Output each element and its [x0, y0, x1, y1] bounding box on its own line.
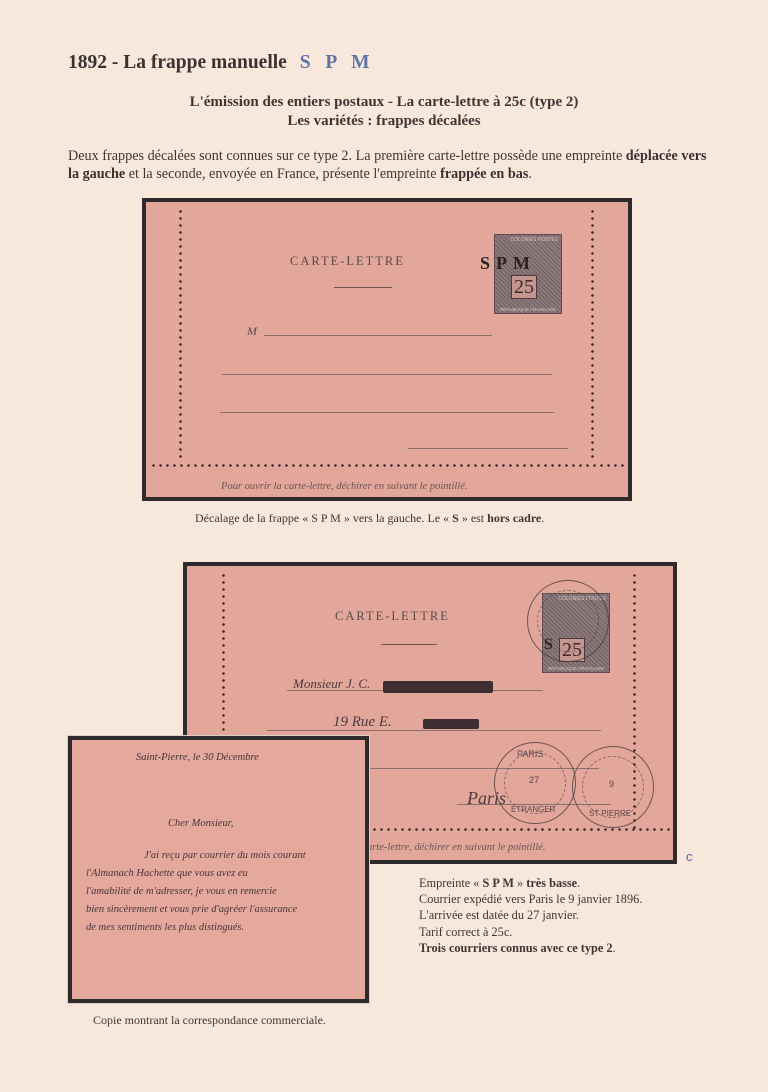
intro-bold-bottom: frappée en bas — [440, 166, 528, 182]
address-line — [408, 448, 568, 449]
st-pierre-postmark: 9 ST PIERRE — [572, 746, 654, 828]
redaction-bar — [423, 719, 479, 729]
details-line-4: Tarif correct à 25c. — [419, 924, 642, 940]
carte-lettre-heading: CARTE-LETTRE — [335, 609, 450, 624]
details-text: . — [577, 876, 580, 890]
caption-text: . — [541, 511, 544, 525]
letter-copy-image: Saint-Pierre, le 30 Décembre Cher Monsie… — [68, 736, 369, 1003]
details-line-5: Trois courriers connus avec ce type 2. — [419, 940, 642, 956]
paris-postmark: PARIS 27 ETRANGER — [494, 742, 576, 824]
redaction-bar — [383, 681, 493, 693]
postmark-text: PARIS — [517, 749, 543, 759]
carte-lettre-heading: CARTE-LETTRE — [290, 254, 405, 269]
page-subtitle: L'émission des entiers postaux - La cart… — [0, 93, 768, 131]
address-line — [264, 335, 492, 336]
stamp-bottom-text: RÉPUBLIQUE FRANÇAISE — [495, 307, 561, 312]
letter-line: l'amabilité de m'adresser, je vous en re… — [86, 886, 277, 897]
page-title: 1892 - La frappe manuelle S P M — [68, 52, 375, 74]
address-handwriting: Monsieur J. C. — [293, 676, 370, 692]
postmark-text: ETRANGER — [511, 805, 555, 814]
postmark-date: 27 — [529, 775, 539, 785]
postage-stamp: COLONIES POSTES 25 RÉPUBLIQUE FRANÇAISE — [494, 234, 562, 314]
details-bold: Trois courriers connus avec ce type 2 — [419, 941, 613, 955]
carte-lettre-1-image: CARTE-LETTRE M COLONIES POSTES 25 RÉPUBL… — [142, 198, 632, 501]
subtitle-line-1: L'émission des entiers postaux - La cart… — [0, 93, 768, 112]
details-line-1: Empreinte « S P M » très basse. — [419, 875, 642, 891]
tear-instruction: Pour ouvrir la carte-lettre, déchirer en… — [221, 481, 468, 492]
postmark-cancel — [527, 580, 609, 662]
caption-bold: S — [452, 511, 459, 525]
address-handwriting: 19 Rue E. — [333, 714, 392, 731]
letter-line: bien sincèrement et vous prie d'agréer l… — [86, 904, 297, 915]
intro-text: et la seconde, envoyée en France, présen… — [125, 166, 440, 182]
ornament-divider — [334, 287, 392, 288]
letter-line: Saint-Pierre, le 30 Décembre — [136, 752, 259, 763]
letter-line: Cher Monsieur, — [168, 818, 233, 829]
details-bold: S P M — [483, 876, 514, 890]
caption-letter-copy: Copie montrant la correspondance commerc… — [93, 1013, 326, 1028]
details-block: Empreinte « S P M » très basse. Courrier… — [419, 875, 642, 956]
page-title-accent: S P M — [300, 52, 375, 73]
perforation-bottom — [150, 464, 628, 467]
letter-line: de mes sentiments les plus distingués. — [86, 922, 244, 933]
margin-mark: c — [686, 849, 693, 864]
subtitle-line-2: Les variétés : frappes décalées — [0, 112, 768, 131]
caption-text: Décalage de la frappe « S P M » vers la … — [195, 511, 452, 525]
stamp-top-text: COLONIES POSTES — [510, 237, 558, 243]
page-title-text: 1892 - La frappe manuelle — [68, 52, 287, 73]
caption-bold: hors cadre — [487, 511, 541, 525]
postmark-date: 9 — [609, 779, 614, 789]
stamp-bottom-text: RÉPUBLIQUE FRANÇAISE — [543, 666, 609, 671]
address-line — [267, 730, 601, 731]
address-line — [220, 412, 554, 413]
letter-line: J'ai reçu par courrier du mois courant — [144, 850, 306, 861]
intro-text: . — [528, 166, 532, 182]
details-text: . — [613, 941, 616, 955]
caption-text: » est — [459, 511, 487, 525]
details-line-3: L'arrivée est datée du 27 janvier. — [419, 907, 642, 923]
perforation-right — [591, 208, 594, 462]
address-line — [222, 374, 552, 375]
spm-overprint: SPM — [480, 253, 536, 274]
perforation-bottom — [357, 828, 673, 831]
details-bold: très basse — [526, 876, 577, 890]
details-line-2: Courrier expédié vers Paris le 9 janvier… — [419, 891, 642, 907]
ornament-divider — [381, 644, 437, 645]
details-text: » — [514, 876, 526, 890]
stamp-value: 25 — [511, 275, 537, 299]
intro-paragraph: Deux frappes décalées sont connues sur c… — [68, 147, 718, 183]
perforation-left — [179, 208, 182, 462]
caption-card-1: Décalage de la frappe « S P M » vers la … — [195, 511, 544, 526]
postmark-text: ST PIERRE — [589, 809, 631, 818]
details-text: Empreinte « — [419, 876, 483, 890]
address-prefix: M — [247, 324, 257, 339]
letter-line: l'Almanach Hachette que vous avez eu — [86, 868, 248, 879]
intro-text: Deux frappes décalées sont connues sur c… — [68, 148, 626, 164]
